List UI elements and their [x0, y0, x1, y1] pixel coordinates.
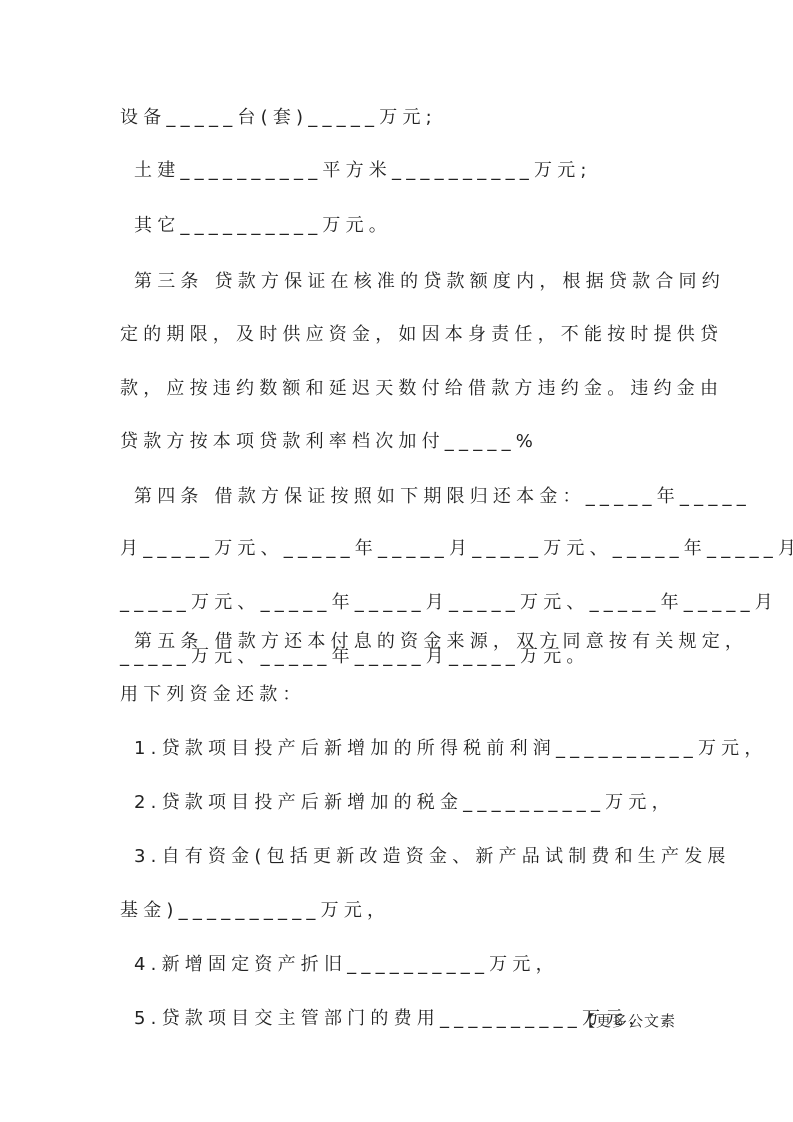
- item-4: 4.新增固定资产折旧__________万元，: [134, 953, 559, 977]
- article-3-line-3: 款，应按违约数额和延迟天数付给借款方违约金。违约金由: [120, 377, 723, 401]
- item-2: 2.贷款项目投产后新增加的税金__________万元，: [134, 791, 675, 815]
- item-3-line-1: 3.自有资金(包括更新改造资金、新产品试制费和生产发展: [134, 845, 731, 869]
- article-5-line-2: 用下列资金还款：: [120, 683, 306, 707]
- article-4-line-1: 第四条 借款方保证按照如下期限归还本金：_____年_____: [134, 485, 751, 509]
- article-4-line-2: 月_____万元、_____年_____月_____万元、_____年_____…: [120, 537, 793, 561]
- construction-line: 土建__________平方米__________万元;: [134, 159, 592, 183]
- article-4-line-3: _____万元、_____年_____月_____万元、_____年_____月: [120, 591, 778, 615]
- more-documents-link[interactable]: 【更多公文素: [580, 1009, 676, 1033]
- article-3-line-2: 定的期限，及时供应资金，如因本身责任，不能按时提供贷: [120, 323, 723, 347]
- other-line: 其它__________万元。: [134, 214, 392, 238]
- article-3-line-1: 第三条 贷款方保证在核准的贷款额度内，根据贷款合同约: [134, 270, 725, 294]
- item-3-line-2: 基金)__________万元，: [120, 899, 390, 923]
- item-1: 1.贷款项目投产后新增加的所得税前利润__________万元，: [134, 737, 768, 761]
- item-5: 5.贷款项目交主管部门的费用__________万元，: [134, 1007, 652, 1031]
- document-page: 设备_____台(套)_____万元; 土建__________平方米_____…: [0, 0, 793, 1122]
- article-3-line-4: 贷款方按本项贷款利率档次加付_____%: [120, 430, 538, 454]
- equipment-line: 设备_____台(套)_____万元;: [120, 106, 437, 130]
- article-5-line-1: 第五条 借款方还本付息的资金来源，双方同意按有关规定，: [134, 630, 748, 654]
